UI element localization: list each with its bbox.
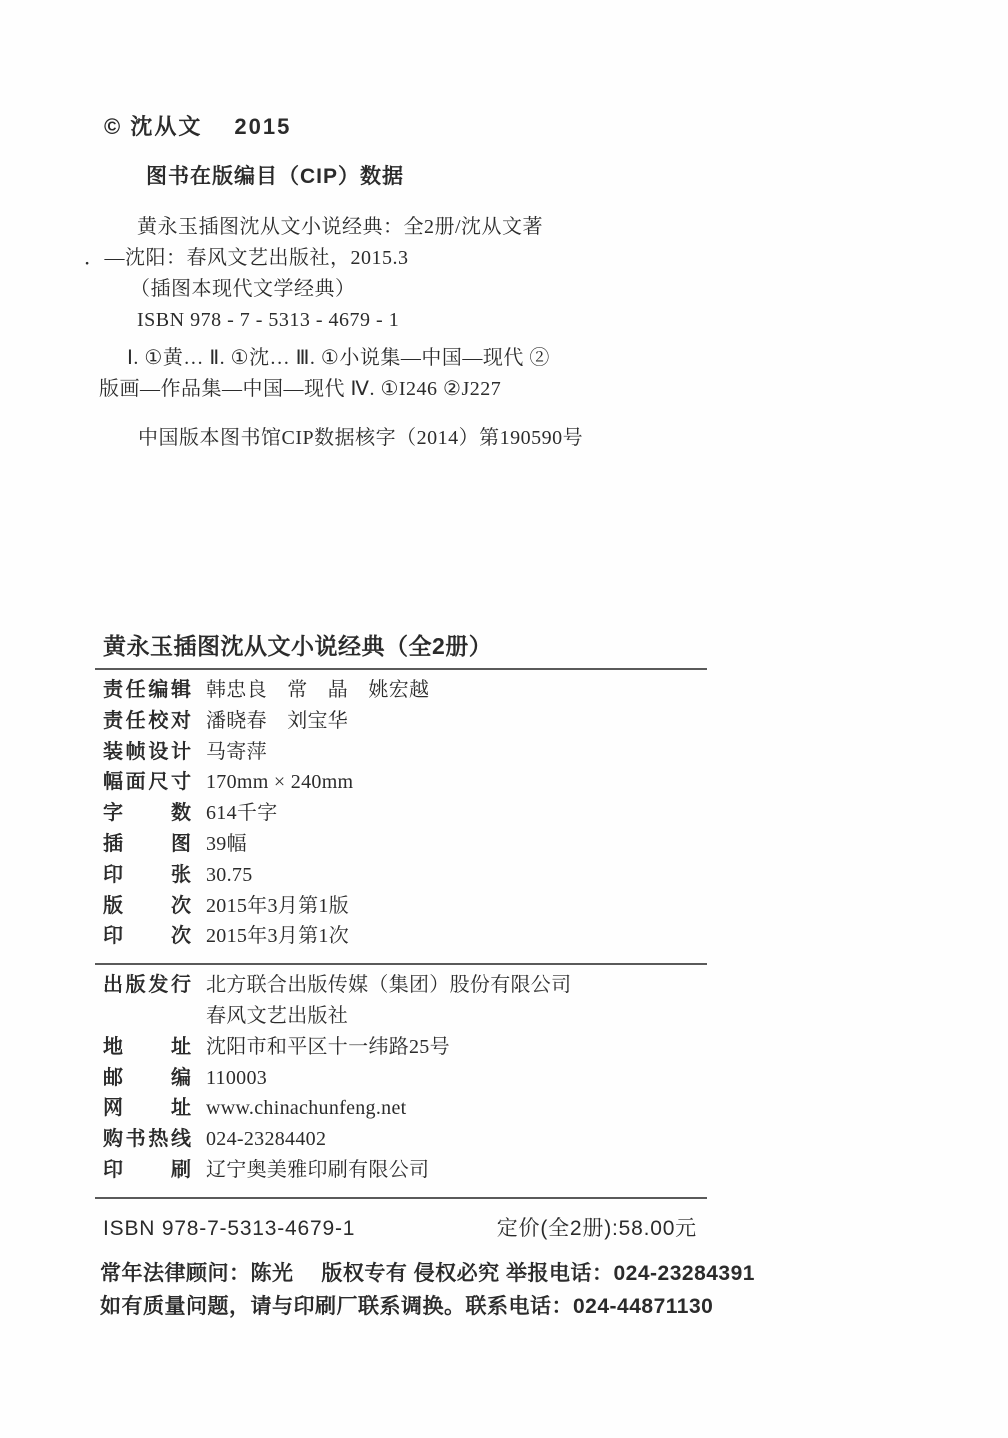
cip-classification-line: Ⅰ. ①黄… Ⅱ. ①沈… Ⅲ. ①小说集—中国—现代 ②	[99, 343, 550, 374]
row-value: 614千字	[206, 798, 278, 829]
colophon-row: 版次 2015年3月第1版	[95, 891, 707, 922]
row-label: 责任校对	[103, 706, 191, 737]
colophon-row: 网址 www.chinachunfeng.net	[95, 1093, 707, 1124]
colophon-row: 春风文艺出版社	[95, 1001, 707, 1032]
row-label: 地址	[103, 1032, 191, 1063]
copyright-page: © 沈从文 2015 图书在版编目（CIP）数据 黄永玉插图沈从文小说经典：全2…	[0, 0, 1008, 1438]
row-label: 字数	[103, 798, 191, 829]
colophon-row: 出版发行 北方联合出版传媒（集团）股份有限公司	[95, 970, 707, 1001]
price: 定价(全2册):58.00元	[497, 1212, 697, 1242]
copyright-notice: © 沈从文 2015	[104, 110, 291, 141]
row-value: 110003	[206, 1063, 267, 1094]
colophon-row: 印刷 辽宁奥美雅印刷有限公司	[95, 1155, 707, 1186]
row-value: 韩忠良 常 晶 姚宏越	[206, 675, 429, 706]
colophon-row: 印次 2015年3月第1次	[95, 921, 707, 952]
row-value: 潘晓春 刘宝华	[206, 706, 348, 737]
row-value: 170mm × 240mm	[206, 767, 353, 798]
row-label: 印张	[103, 860, 191, 891]
colophon-row: 邮编 110003	[95, 1063, 707, 1094]
book-title: 黄永玉插图沈从文小说经典（全2册）	[95, 630, 707, 662]
row-value: 2015年3月第1版	[206, 891, 349, 922]
cip-classification-block: Ⅰ. ①黄… Ⅱ. ①沈… Ⅲ. ①小说集—中国—现代 ② 版画—作品集—中国—…	[99, 343, 550, 405]
colophon-row: 地址 沈阳市和平区十一纬路25号	[95, 1032, 707, 1063]
colophon-row: 幅面尺寸 170mm × 240mm	[95, 767, 707, 798]
row-value: 024-23284402	[206, 1124, 326, 1155]
isbn-number: ISBN 978-7-5313-4679-1	[103, 1217, 355, 1241]
cip-header: 图书在版编目（CIP）数据	[146, 160, 404, 190]
row-label: 购书热线	[103, 1124, 191, 1155]
row-label: 装帧设计	[103, 737, 191, 768]
row-value: 沈阳市和平区十一纬路25号	[206, 1032, 450, 1063]
colophon-row: 字数 614千字	[95, 798, 707, 829]
legal-notice-block: 常年法律顾问：陈光 版权专有 侵权必究 举报电话：024-23284391 如有…	[100, 1257, 755, 1323]
legal-line: 如有质量问题，请与印刷厂联系调换。联系电话：024-44871130	[100, 1290, 755, 1323]
colophon-row: 责任校对 潘晓春 刘宝华	[95, 706, 707, 737]
row-value: 马寄萍	[206, 737, 267, 768]
row-label: 插图	[103, 829, 191, 860]
row-value: 2015年3月第1次	[206, 921, 349, 952]
colophon-row: 责任编辑 韩忠良 常 晶 姚宏越	[95, 675, 707, 706]
row-label: 幅面尺寸	[103, 767, 191, 798]
row-label: 邮编	[103, 1063, 191, 1094]
cip-record-line: （插图本现代文学经典）	[84, 274, 543, 305]
row-label: 出版发行	[103, 970, 191, 1001]
row-value: 辽宁奥美雅印刷有限公司	[206, 1155, 429, 1186]
row-label: 印刷	[103, 1155, 191, 1186]
row-label: 网址	[103, 1093, 191, 1124]
row-value: 30.75	[206, 860, 253, 891]
row-label	[103, 1001, 191, 1032]
cip-record-line: ．—沈阳：春风文艺出版社，2015.3	[84, 243, 543, 274]
cip-registry-line: 中国版本图书馆CIP数据核字（2014）第190590号	[138, 421, 583, 450]
isbn-price-line: ISBN 978-7-5313-4679-1 定价(全2册):58.00元	[95, 1199, 707, 1242]
row-label: 版次	[103, 891, 191, 922]
colophon-row: 购书热线 024-23284402	[95, 1124, 707, 1155]
colophon-staff-specs: 责任编辑 韩忠良 常 晶 姚宏越 责任校对 潘晓春 刘宝华 装帧设计 马寄萍 幅…	[95, 670, 707, 957]
colophon-row: 装帧设计 马寄萍	[95, 737, 707, 768]
row-label: 印次	[103, 921, 191, 952]
colophon-box: 黄永玉插图沈从文小说经典（全2册） 责任编辑 韩忠良 常 晶 姚宏越 责任校对 …	[95, 630, 707, 1242]
row-value: 北方联合出版传媒（集团）股份有限公司	[206, 970, 571, 1001]
row-value: www.chinachunfeng.net	[206, 1093, 407, 1124]
colophon-row: 插图 39幅	[95, 829, 707, 860]
cip-isbn-line: ISBN 978 - 7 - 5313 - 4679 - 1	[84, 305, 543, 336]
colophon-publisher-info: 出版发行 北方联合出版传媒（集团）股份有限公司 春风文艺出版社 地址 沈阳市和平…	[95, 965, 707, 1191]
cip-record-line: 黄永玉插图沈从文小说经典：全2册/沈从文著	[84, 212, 543, 243]
cip-record-block: 黄永玉插图沈从文小说经典：全2册/沈从文著 ．—沈阳：春风文艺出版社，2015.…	[84, 212, 543, 336]
row-value: 39幅	[206, 829, 247, 860]
cip-classification-line: 版画—作品集—中国—现代 Ⅳ. ①I246 ②J227	[99, 374, 550, 405]
colophon-row: 印张 30.75	[95, 860, 707, 891]
row-value: 春风文艺出版社	[206, 1001, 348, 1032]
legal-line: 常年法律顾问：陈光 版权专有 侵权必究 举报电话：024-23284391	[100, 1257, 755, 1290]
row-label: 责任编辑	[103, 675, 191, 706]
